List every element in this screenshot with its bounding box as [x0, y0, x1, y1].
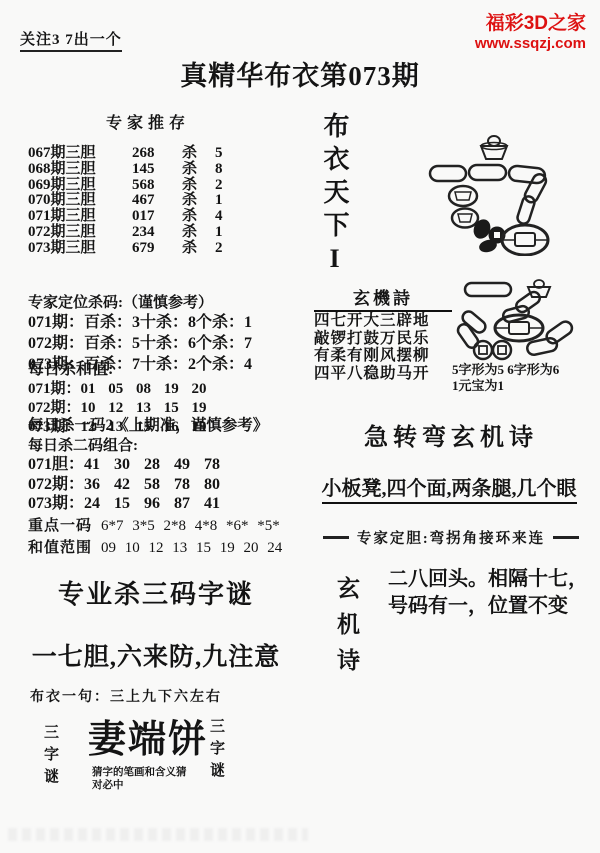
daily-kill-two-title: 每日杀二码组合:	[28, 437, 282, 455]
sum-range-line: 和值范围09 10 12 13 15 19 20 24	[28, 539, 282, 558]
expert-recommend-section: 专家推存 067期三胆 268 杀 5 068期三胆 145 杀 8 069期三…	[28, 110, 268, 257]
sharp-turn-riddle: 小板凳,四个面,两条腿,几个眼	[304, 472, 594, 501]
site-brand: 福彩3D之家 www.ssqzj.com	[475, 8, 586, 52]
daily-kill-combo-section: 每日杀一码2《上期准，谨慎参考》 每日杀二码组合: 071胆：41 30 28 …	[28, 416, 282, 558]
kill-value: 2	[215, 178, 223, 194]
figure-caption-line2: 1元宝为1	[452, 378, 559, 394]
kill-value: 8	[215, 162, 223, 178]
poem-line: 四七开大三辟地	[314, 312, 452, 330]
kill-label: 杀	[182, 241, 215, 257]
three-char-riddle-chars: 妻端饼	[88, 708, 208, 763]
table-row: 067期三胆 268 杀 5	[28, 146, 268, 162]
table-row: 071期三胆 017 杀 4	[28, 209, 268, 225]
three-char-riddle-label-right: 三字谜	[206, 718, 227, 784]
kill-label: 杀	[182, 225, 215, 241]
buyi-tianxia-title: 布衣天下I	[316, 112, 353, 280]
coin-figure-1	[424, 132, 566, 256]
expert-banner: 专家定胆:弯拐角接环来连	[312, 527, 590, 548]
figure-caption-line1: 5字形为5 6字形为6	[452, 362, 559, 378]
table-row: 071期：百杀：3十杀：8个杀：1	[28, 312, 252, 333]
key-one-line: 重点一码6*7 3*5 2*8 4*8 *6* *5*	[28, 517, 282, 536]
riddle-hint-note: 猜字的笔画和含义猜 对必中	[92, 766, 202, 792]
expert-recommend-title: 专家推存	[28, 110, 268, 133]
position-kill-title: 专家定位杀码:（谨慎参考）	[28, 291, 252, 312]
row-value: 268	[132, 146, 182, 162]
kill-label: 杀	[182, 146, 215, 162]
row-period: 073期三胆	[28, 241, 132, 257]
table-row: 072期：36 42 58 78 80	[28, 475, 282, 495]
row-value: 467	[132, 193, 182, 209]
row-value: 234	[132, 225, 182, 241]
table-row: 070期三胆 467 杀 1	[28, 193, 268, 209]
three-char-riddle-label-left: 三字谜	[40, 724, 61, 790]
table-row: 073期三胆 679 杀 2	[28, 241, 268, 257]
faded-print-artifact	[8, 828, 308, 841]
row-period: 067期三胆	[28, 146, 132, 162]
row-value: 679	[132, 241, 182, 257]
poem-line: 四平八稳助马开	[314, 365, 452, 383]
kill-three-riddle-section: 专业杀三码字谜 一七胆,六来防,九注意 布衣一句：三上九下六左右	[30, 574, 282, 706]
banner-text: 专家定胆:弯拐角接环来连	[357, 527, 545, 548]
kill-label: 杀	[182, 193, 215, 209]
sharp-turn-riddle-text: 小板凳,四个面,两条腿,几个眼	[322, 478, 577, 504]
key-one-value: 6*7 3*5 2*8 4*8 *6* *5*	[101, 518, 280, 534]
banner-dash-right	[553, 536, 579, 539]
row-period: 070期三胆	[28, 193, 132, 209]
row-value: 017	[132, 209, 182, 225]
kill-value: 2	[215, 241, 223, 257]
brand-name: 福彩3D之家	[475, 8, 586, 35]
row-period: 071期三胆	[28, 209, 132, 225]
row-period: 068期三胆	[28, 162, 132, 178]
xuanji-verse-line1: 二八回头。相隔十七，	[388, 566, 593, 593]
xuanji-verse: 二八回头。相隔十七， 号码有一，位置不变	[388, 566, 593, 620]
xuanji-poem-title: 玄機詩	[314, 284, 452, 312]
xuanji-poem-section: 玄機詩 四七开大三辟地 敲锣打鼓万民乐 有柔有刚风摆柳 四平八稳助马开	[314, 284, 452, 382]
row-value: 145	[132, 162, 182, 178]
key-one-label: 重点一码	[28, 518, 92, 534]
kill-label: 杀	[182, 209, 215, 225]
kill-three-title: 专业杀三码字谜	[30, 574, 282, 611]
sum-range-value: 09 10 12 13 15 19 20 24	[101, 540, 282, 556]
kill-value: 1	[215, 225, 223, 241]
table-row: 068期三胆 145 杀 8	[28, 162, 268, 178]
sum-range-label: 和值范围	[28, 540, 92, 556]
brand-url: www.ssqzj.com	[475, 35, 586, 52]
focus-note: 关注3 7出一个	[20, 28, 122, 52]
kill-value: 5	[215, 146, 223, 162]
figure-caption: 5字形为5 6字形为6 1元宝为1	[452, 362, 559, 394]
row-value: 568	[132, 178, 182, 194]
sharp-turn-title: 急转弯玄机诗	[312, 417, 590, 452]
kill-value: 4	[215, 209, 223, 225]
table-row: 071胆：41 30 28 49 78	[28, 455, 282, 475]
daily-kill-sum-title: 每日杀和值:	[28, 360, 207, 380]
table-row: 072期：百杀：5十杀：6个杀：7	[28, 333, 252, 354]
kill-three-riddle: 一七胆,六来防,九注意	[30, 637, 282, 673]
table-row: 071期：01 05 08 19 20	[28, 380, 207, 399]
poem-line: 敲锣打鼓万民乐	[314, 330, 452, 348]
table-row: 072期三胆 234 杀 1	[28, 225, 268, 241]
expert-recommend-table: 067期三胆 268 杀 5 068期三胆 145 杀 8 069期三胆 568…	[28, 146, 268, 257]
xuanji-verse-line2: 号码有一，位置不变	[388, 593, 593, 620]
kill-value: 1	[215, 193, 223, 209]
page-title: 真精华布衣第073期	[0, 54, 600, 93]
table-row: 073期：24 15 96 87 41	[28, 494, 282, 514]
kill-label: 杀	[182, 162, 215, 178]
buyi-sentence: 布衣一句：三上九下六左右	[30, 686, 282, 706]
riddle-hint-line1: 猜字的笔画和含义猜	[92, 766, 202, 779]
daily-kill-one-line: 每日杀一码2《上期准，谨慎参考》	[28, 416, 282, 435]
coin-figure-2	[453, 279, 593, 364]
row-period: 072期三胆	[28, 225, 132, 241]
riddle-hint-line2: 对必中	[92, 779, 202, 792]
banner-dash-left	[323, 536, 349, 539]
xuanji-vertical-label: 玄机诗	[330, 576, 363, 684]
poem-line: 有柔有刚风摆柳	[314, 347, 452, 365]
